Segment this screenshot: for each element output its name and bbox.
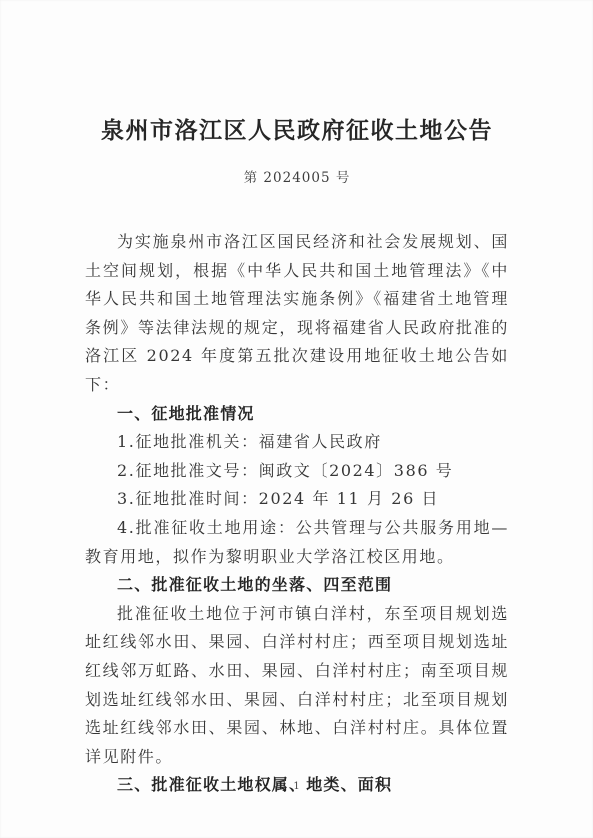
page-number: 1 <box>0 781 593 792</box>
document-number: 第 2024005 号 <box>85 166 509 186</box>
section-1-heading: 一、征地批准情况 <box>85 400 509 429</box>
document-body: 为实施泉州市洛江区国民经济和社会发展规划、国土空间规划，根据《中华人民共和国土地… <box>85 228 509 800</box>
section-2-heading: 二、批准征收土地的坐落、四至范围 <box>85 571 509 600</box>
section-1-item-land-use: 4.批准征收土地用途：公共管理与公共服务用地—教育用地，拟作为黎明职业大学洛江校… <box>85 514 509 571</box>
section-1-item-approval-date: 3.征地批准时间：2024 年 11 月 26 日 <box>85 485 509 514</box>
document-page: 泉州市洛江区人民政府征收土地公告 第 2024005 号 为实施泉州市洛江区国民… <box>0 0 593 838</box>
section-2-paragraph: 批准征收土地位于河市镇白洋村，东至项目规划选址红线邻水田、果园、白洋村村庄；西至… <box>85 600 509 772</box>
document-title: 泉州市洛江区人民政府征收土地公告 <box>85 116 509 146</box>
intro-paragraph: 为实施泉州市洛江区国民经济和社会发展规划、国土空间规划，根据《中华人民共和国土地… <box>85 228 509 400</box>
section-1-item-approval-authority: 1.征地批准机关：福建省人民政府 <box>85 428 509 457</box>
section-1-item-approval-document-number: 2.征地批准文号：闽政文〔2024〕386 号 <box>85 457 509 486</box>
